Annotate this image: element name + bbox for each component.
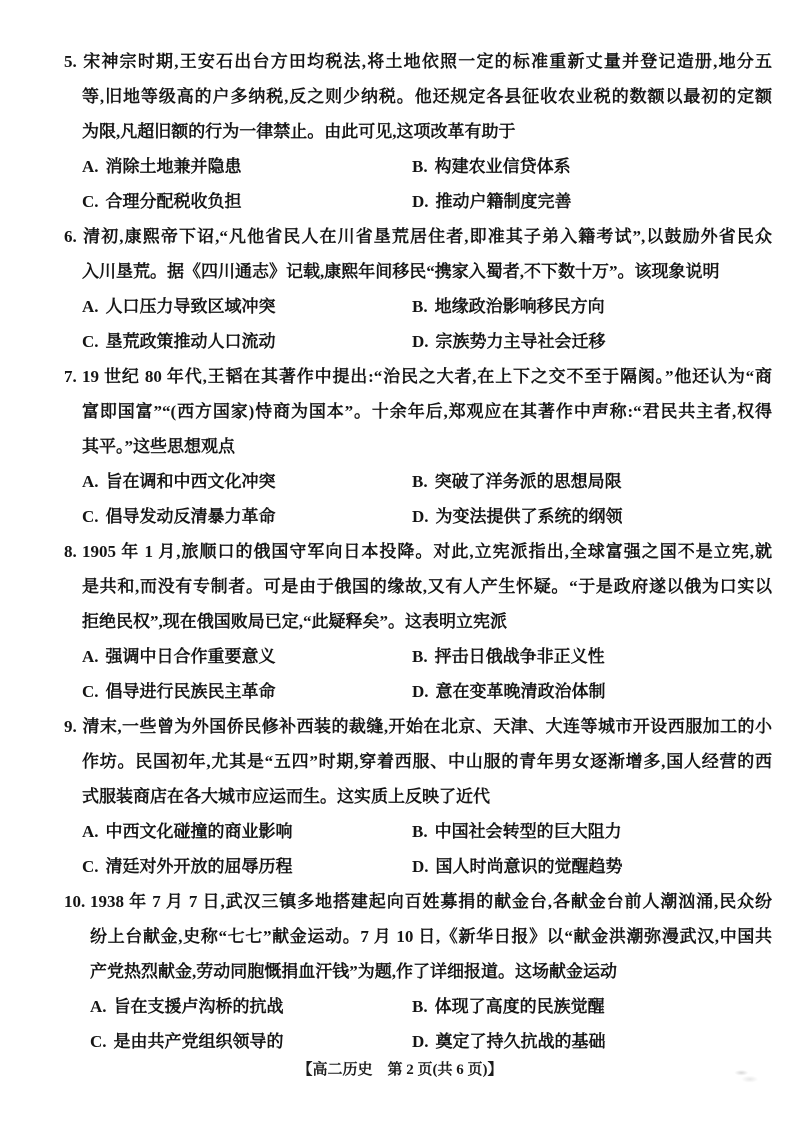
question-stem-line: 等,旧地等级高的户多纳税,反之则少纳税。他还规定各县征收农业税的数额以最初的定额: [82, 79, 772, 114]
option-text: 意在变革晚清政治体制: [436, 682, 606, 701]
option-b: B.抨击日俄战争非正义性: [412, 639, 772, 674]
option-a: A.旨在支援卢沟桥的抗战: [90, 989, 412, 1024]
option-c: C.合理分配税收负担: [82, 184, 412, 219]
option-d: D.奠定了持久抗战的基础: [412, 1024, 772, 1059]
option-text: 奠定了持久抗战的基础: [436, 1032, 606, 1051]
option-label: D.: [412, 332, 429, 351]
question-stem-line: 作坊。民国初年,尤其是“五四”时期,穿着西服、中山服的青年男女逐渐增多,国人经营…: [82, 744, 772, 779]
option-text: 清廷对外开放的屈辱历程: [106, 857, 293, 876]
option-text: 为变法提供了系统的纲领: [436, 507, 623, 526]
question-stem-text: 清初,康熙帝下诏,“凡他省民人在川省垦荒居住者,即准其子弟入籍考试”,以鼓励外省…: [82, 227, 772, 246]
option-label: C.: [82, 857, 99, 876]
option-text: 中国社会转型的巨大阻力: [435, 822, 622, 841]
option-label: C.: [82, 682, 99, 701]
question-stem-line: 入川垦荒。据《四川通志》记载,康熙年间移民“携家入蜀者,不下数十万”。该现象说明: [82, 254, 772, 289]
option-b: B.体现了高度的民族觉醒: [412, 989, 772, 1024]
option-d: D.意在变革晚清政治体制: [412, 674, 772, 709]
option-text: 地缘政治影响移民方向: [435, 297, 605, 316]
option-b: B.构建农业信贷体系: [412, 149, 772, 184]
option-label: B.: [412, 297, 428, 316]
option-label: C.: [82, 332, 99, 351]
option-c: C.倡导进行民族民主革命: [82, 674, 412, 709]
exam-page: 5.宋神宗时期,王安石出台方田均税法,将土地依照一定的标准重新丈量并登记造册,地…: [0, 0, 800, 1132]
option-a: A.人口压力导致区域冲突: [82, 289, 412, 324]
option-d: D.国人时尚意识的觉醒趋势: [412, 849, 772, 884]
option-a: A.消除土地兼并隐患: [82, 149, 412, 184]
question-stem-text: 1905 年 1 月,旅顺口的俄国守军向日本投降。对此,立宪派指出,全球富强之国…: [82, 542, 772, 561]
question-stem-line: 8.1905 年 1 月,旅顺口的俄国守军向日本投降。对此,立宪派指出,全球富强…: [64, 534, 772, 569]
option-label: B.: [412, 647, 428, 666]
question-stem-text: 1938 年 7 月 7 日,武汉三镇多地搭建起向百姓募捐的献金台,各献金台前人…: [90, 892, 772, 911]
option-c: C.是由共产党组织领导的: [90, 1024, 412, 1059]
question-number: 10.: [64, 884, 90, 919]
question-7: 7.19 世纪 80 年代,王韬在其著作中提出:“治民之大者,在上下之交不至于隔…: [64, 359, 772, 534]
option-text: 抨击日俄战争非正义性: [435, 647, 605, 666]
question-stem-text: 19 世纪 80 年代,王韬在其著作中提出:“治民之大者,在上下之交不至于隔阂。…: [82, 367, 772, 386]
option-a: A.旨在调和中西文化冲突: [82, 464, 412, 499]
option-label: B.: [412, 822, 428, 841]
option-d: D.宗族势力主导社会迁移: [412, 324, 772, 359]
option-b: B.中国社会转型的巨大阻力: [412, 814, 772, 849]
option-a: A.强调中日合作重要意义: [82, 639, 412, 674]
option-text: 垦荒政策推动人口流动: [106, 332, 276, 351]
question-number: 6.: [64, 219, 82, 254]
options: A.消除土地兼并隐患 B.构建农业信贷体系 C.合理分配税收负担 D.推动户籍制…: [82, 149, 772, 219]
option-text: 体现了高度的民族觉醒: [435, 997, 605, 1016]
scan-smudge-artifact: [733, 1068, 761, 1084]
question-stem-line: 7.19 世纪 80 年代,王韬在其著作中提出:“治民之大者,在上下之交不至于隔…: [64, 359, 772, 394]
option-label: B.: [412, 157, 428, 176]
question-stem-line: 10.1938 年 7 月 7 日,武汉三镇多地搭建起向百姓募捐的献金台,各献金…: [64, 884, 772, 919]
question-stem-text: 宋神宗时期,王安石出台方田均税法,将土地依照一定的标准重新丈量并登记造册,地分五: [82, 52, 772, 71]
option-text: 强调中日合作重要意义: [106, 647, 276, 666]
question-stem-line: 其平。”这些思想观点: [82, 429, 772, 464]
question-10: 10.1938 年 7 月 7 日,武汉三镇多地搭建起向百姓募捐的献金台,各献金…: [64, 884, 772, 1059]
option-text: 合理分配税收负担: [106, 192, 242, 211]
question-stem-line: 纷上台献金,史称“七七”献金运动。7 月 10 日,《新华日报》以“献金洪潮弥漫…: [90, 919, 772, 954]
option-text: 旨在调和中西文化冲突: [106, 472, 276, 491]
options: A.人口压力导致区域冲突 B.地缘政治影响移民方向 C.垦荒政策推动人口流动 D…: [82, 289, 772, 359]
option-label: D.: [412, 507, 429, 526]
option-label: C.: [82, 507, 99, 526]
option-c: C.垦荒政策推动人口流动: [82, 324, 412, 359]
question-stem-line: 6.清初,康熙帝下诏,“凡他省民人在川省垦荒居住者,即准其子弟入籍考试”,以鼓励…: [64, 219, 772, 254]
question-stem-line: 式服装商店在各大城市应运而生。这实质上反映了近代: [82, 779, 772, 814]
question-stem-line: 产党热烈献金,劳动同胞慨捐血汗钱”为题,作了详细报道。这场献金运动: [90, 954, 772, 989]
question-stem-text: 清末,一些曾为外国侨民修补西装的裁缝,开始在北京、天津、大连等城市开设西服加工的…: [82, 717, 772, 736]
option-label: A.: [82, 297, 99, 316]
question-6: 6.清初,康熙帝下诏,“凡他省民人在川省垦荒居住者,即准其子弟入籍考试”,以鼓励…: [64, 219, 772, 359]
option-label: A.: [90, 997, 107, 1016]
question-stem-line: 5.宋神宗时期,王安石出台方田均税法,将土地依照一定的标准重新丈量并登记造册,地…: [64, 44, 772, 79]
options: A.强调中日合作重要意义 B.抨击日俄战争非正义性 C.倡导进行民族民主革命 D…: [82, 639, 772, 709]
option-label: B.: [412, 997, 428, 1016]
option-text: 旨在支援卢沟桥的抗战: [114, 997, 284, 1016]
option-label: A.: [82, 647, 99, 666]
question-5: 5.宋神宗时期,王安石出台方田均税法,将土地依照一定的标准重新丈量并登记造册,地…: [64, 44, 772, 219]
option-d: D.为变法提供了系统的纲领: [412, 499, 772, 534]
question-number: 7.: [64, 359, 82, 394]
option-label: C.: [82, 192, 99, 211]
option-label: D.: [412, 1032, 429, 1051]
option-text: 国人时尚意识的觉醒趋势: [436, 857, 623, 876]
question-number: 8.: [64, 534, 82, 569]
option-c: C.倡导发动反清暴力革命: [82, 499, 412, 534]
option-text: 倡导发动反清暴力革命: [106, 507, 276, 526]
option-label: B.: [412, 472, 428, 491]
option-b: B.突破了洋务派的思想局限: [412, 464, 772, 499]
option-text: 是由共产党组织领导的: [114, 1032, 284, 1051]
option-text: 构建农业信贷体系: [435, 157, 571, 176]
option-d: D.推动户籍制度完善: [412, 184, 772, 219]
option-text: 倡导进行民族民主革命: [106, 682, 276, 701]
option-b: B.地缘政治影响移民方向: [412, 289, 772, 324]
question-stem-line: 9.清末,一些曾为外国侨民修补西装的裁缝,开始在北京、天津、大连等城市开设西服加…: [64, 709, 772, 744]
options: A.旨在调和中西文化冲突 B.突破了洋务派的思想局限 C.倡导发动反清暴力革命 …: [82, 464, 772, 534]
question-number: 9.: [64, 709, 82, 744]
option-label: D.: [412, 857, 429, 876]
option-label: D.: [412, 192, 429, 211]
question-stem-line: 拒绝民权”,现在俄国败局已定,“此疑释矣”。这表明立宪派: [82, 604, 772, 639]
options: A.旨在支援卢沟桥的抗战 B.体现了高度的民族觉醒 C.是由共产党组织领导的 D…: [90, 989, 772, 1059]
question-stem-line: 为限,凡超旧额的行为一律禁止。由此可见,这项改革有助于: [82, 114, 772, 149]
option-label: A.: [82, 157, 99, 176]
question-number: 5.: [64, 44, 82, 79]
options: A.中西文化碰撞的商业影响 B.中国社会转型的巨大阻力 C.清廷对外开放的屈辱历…: [82, 814, 772, 884]
option-label: C.: [90, 1032, 107, 1051]
option-text: 消除土地兼并隐患: [106, 157, 242, 176]
option-label: D.: [412, 682, 429, 701]
option-label: A.: [82, 822, 99, 841]
option-c: C.清廷对外开放的屈辱历程: [82, 849, 412, 884]
page-footer: 【高二历史 第 2 页(共 6 页)】: [0, 1059, 800, 1081]
option-text: 宗族势力主导社会迁移: [436, 332, 606, 351]
question-stem-line: 是共和,而没有专制者。可是由于俄国的缘故,又有人产生怀疑。“于是政府遂以俄为口实…: [82, 569, 772, 604]
option-label: A.: [82, 472, 99, 491]
option-text: 推动户籍制度完善: [436, 192, 572, 211]
question-8: 8.1905 年 1 月,旅顺口的俄国守军向日本投降。对此,立宪派指出,全球富强…: [64, 534, 772, 709]
option-text: 人口压力导致区域冲突: [106, 297, 276, 316]
option-a: A.中西文化碰撞的商业影响: [82, 814, 412, 849]
option-text: 中西文化碰撞的商业影响: [106, 822, 293, 841]
question-stem-line: 富即国富”“(西方国家)恃商为国本”。十余年后,郑观应在其著作中声称:“君民共主…: [82, 394, 772, 429]
question-9: 9.清末,一些曾为外国侨民修补西装的裁缝,开始在北京、天津、大连等城市开设西服加…: [64, 709, 772, 884]
option-text: 突破了洋务派的思想局限: [435, 472, 622, 491]
